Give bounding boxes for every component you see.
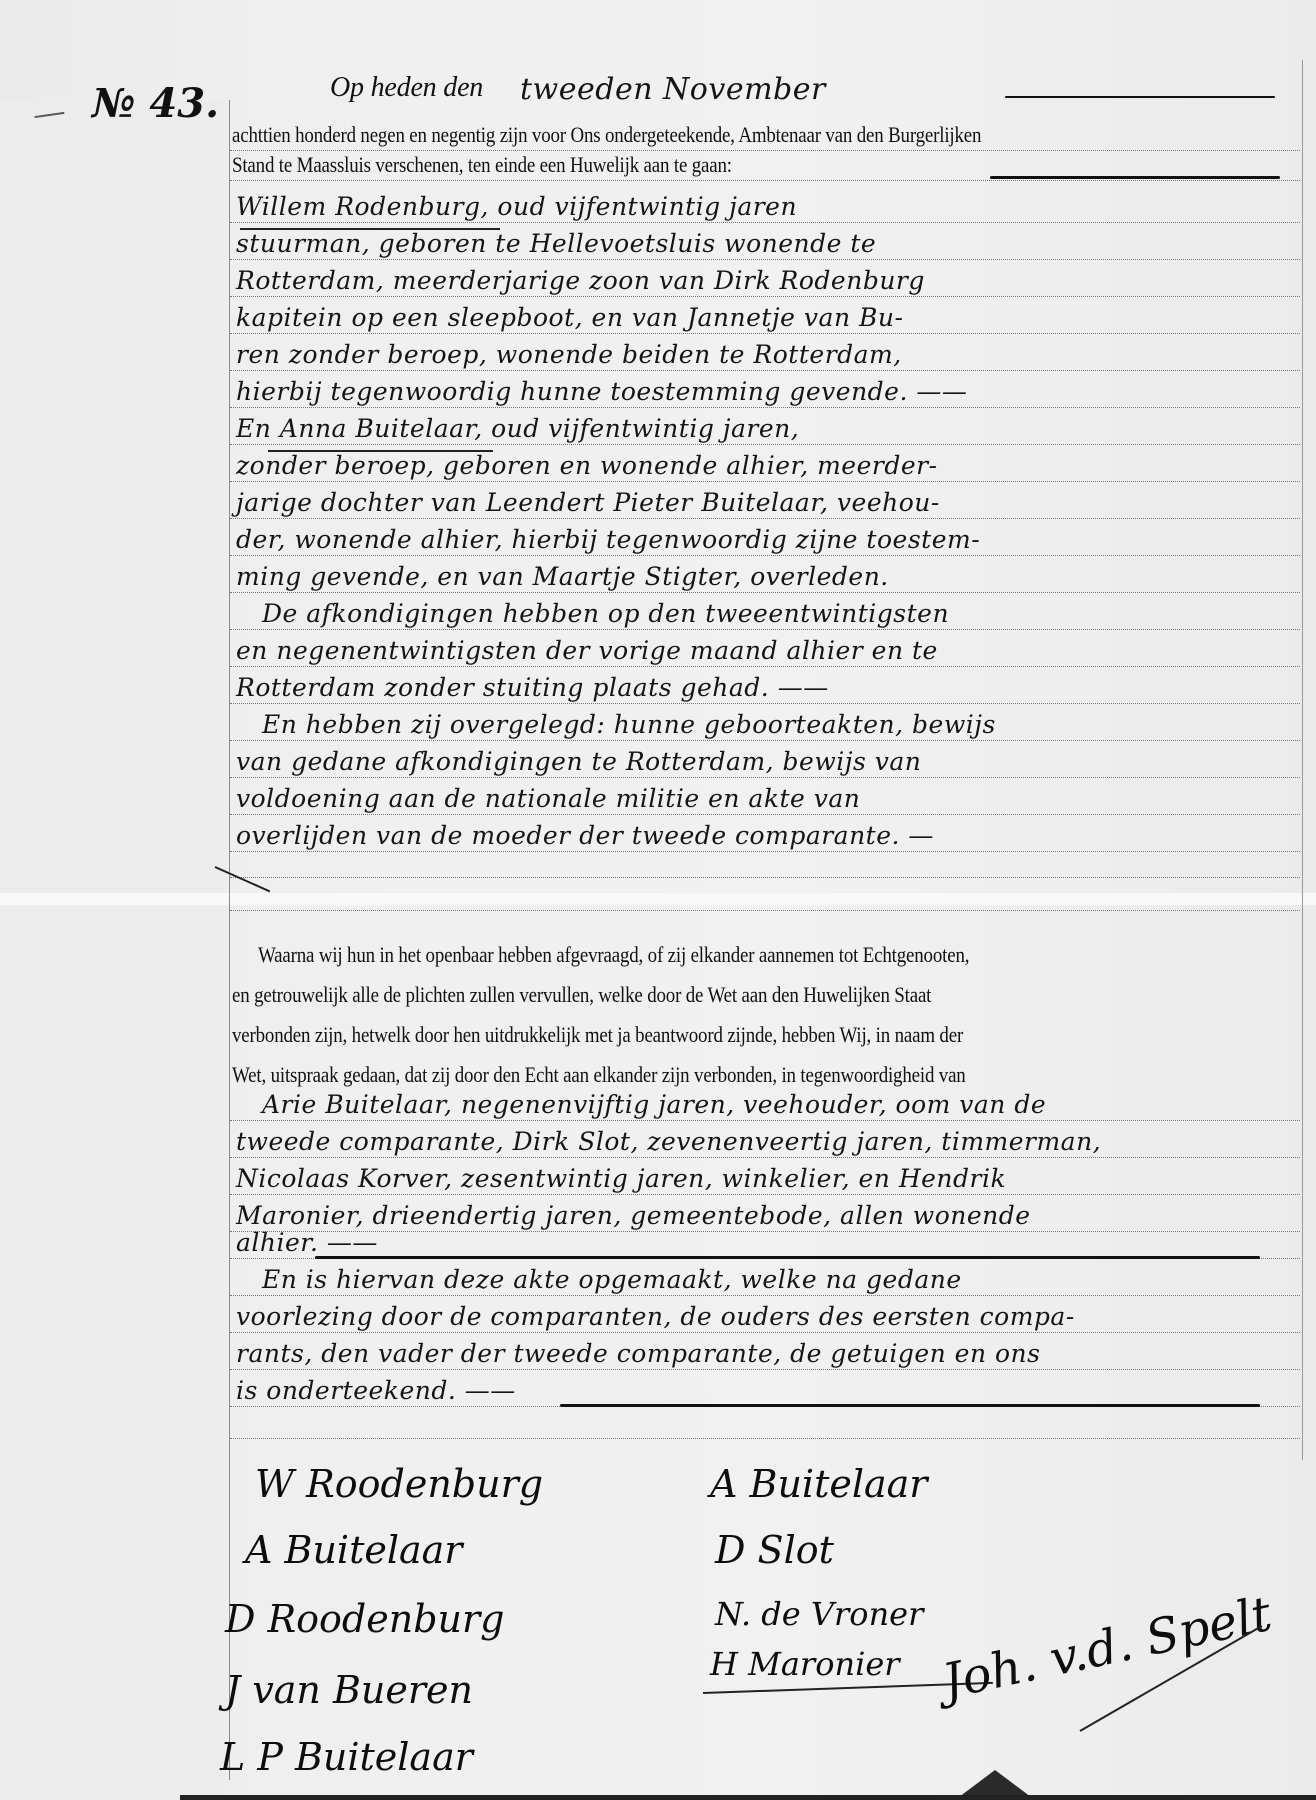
printed-line: Wet, uitspraak gedaan, dat zij door den …	[232, 1062, 966, 1088]
fill-dash	[315, 1256, 1260, 1259]
hand-line: Rotterdam zonder stuiting plaats gehad. …	[236, 673, 829, 702]
hand-line: Nicolaas Korver, zesentwintig jaren, win…	[236, 1164, 1006, 1193]
hand-line: hierbij tegenwoordig hunne toestemming g…	[236, 377, 967, 406]
facing-page-margin	[0, 100, 225, 1800]
hand-line: voorlezing door de comparanten, de ouder…	[236, 1302, 1075, 1331]
hand-line: ming gevende, en van Maartje Stigter, ov…	[236, 562, 889, 591]
hand-line: overlijden van de moeder der tweede comp…	[236, 821, 934, 850]
intro-printed: Op heden den	[330, 72, 483, 104]
fill-dash	[990, 176, 1280, 179]
page-edge	[180, 1795, 1316, 1800]
signature: J van Bueren	[225, 1668, 473, 1712]
hand-line: ren zonder beroep, wonende beiden te Rot…	[236, 340, 902, 369]
hand-line: voldoening aan de nationale militie en a…	[236, 784, 860, 813]
hand-line: jarige dochter van Leendert Pieter Buite…	[236, 488, 940, 517]
hand-line: alhier. ——	[236, 1228, 378, 1257]
intro-date-handwritten: tweeden November	[520, 72, 826, 107]
hand-line: Rotterdam, meerderjarige zoon van Dirk R…	[236, 266, 925, 295]
hand-line: En Anna Buitelaar, oud vijfentwintig jar…	[236, 414, 799, 443]
printed-line: achttien honderd negen en negentig zijn …	[232, 122, 981, 148]
left-margin-rule	[229, 100, 230, 1780]
register-page: № 43. Op heden den tweeden November acht…	[0, 0, 1316, 1800]
signature: A Buitelaar	[245, 1528, 462, 1572]
ruled-line	[230, 877, 1300, 878]
signature: D Roodenburg	[225, 1597, 505, 1641]
hand-line: zonder beroep, geboren en wonende alhier…	[236, 451, 938, 480]
printed-line: en getrouwelijk alle de plichten zullen …	[232, 982, 931, 1008]
hand-line: van gedane afkondigingen te Rotterdam, b…	[236, 747, 921, 776]
hand-line: En is hiervan deze akte opgemaakt, welke…	[262, 1265, 962, 1294]
signature: A Buitelaar	[710, 1462, 927, 1506]
entry-number: № 43.	[92, 80, 219, 127]
signature: W Roodenburg	[255, 1462, 543, 1506]
hand-line: der, wonende alhier, hierbij tegenwoordi…	[236, 525, 980, 554]
signature: N. de Vroner	[715, 1595, 923, 1633]
page-fold	[0, 893, 1316, 905]
printed-line: Stand te Maassluis verschenen, ten einde…	[232, 152, 732, 178]
hand-line: is onderteekend. ——	[236, 1376, 516, 1405]
ruled-line	[230, 180, 1300, 181]
hand-line: tweede comparante, Dirk Slot, zevenenvee…	[236, 1127, 1101, 1156]
printed-line: verbonden zijn, hetwelk door hen uitdruk…	[232, 1022, 963, 1048]
hand-line: Arie Buitelaar, negenenvijftig jaren, ve…	[262, 1090, 1046, 1119]
signature: L P Buitelaar	[220, 1735, 473, 1779]
hand-line: kapitein op een sleepboot, en van Jannet…	[236, 303, 903, 332]
signature: D Slot	[715, 1528, 834, 1572]
printed-line: Waarna wij hun in het openbaar hebben af…	[258, 942, 969, 968]
hand-line: De afkondigingen hebben op den tweeentwi…	[262, 599, 949, 628]
hand-line: en negenentwintigsten der vorige maand a…	[236, 636, 938, 665]
hand-line: En hebben zij overgelegd: hunne geboorte…	[262, 710, 996, 739]
right-margin-rule	[1302, 60, 1303, 1460]
ruled-line	[230, 1438, 1300, 1439]
fill-dash	[1005, 96, 1275, 98]
hand-line: Maronier, drieendertig jaren, gemeentebo…	[236, 1201, 1031, 1230]
hand-line: stuurman, geboren te Hellevoetsluis wone…	[236, 229, 876, 258]
hand-line: Willem Rodenburg, oud vijfentwintig jare…	[236, 192, 797, 221]
fill-dash	[560, 1404, 1260, 1407]
signature: H Maronier	[710, 1645, 900, 1683]
hand-line: rants, den vader der tweede comparante, …	[236, 1339, 1041, 1368]
ruled-line	[230, 150, 1300, 151]
ruled-line	[230, 910, 1300, 911]
